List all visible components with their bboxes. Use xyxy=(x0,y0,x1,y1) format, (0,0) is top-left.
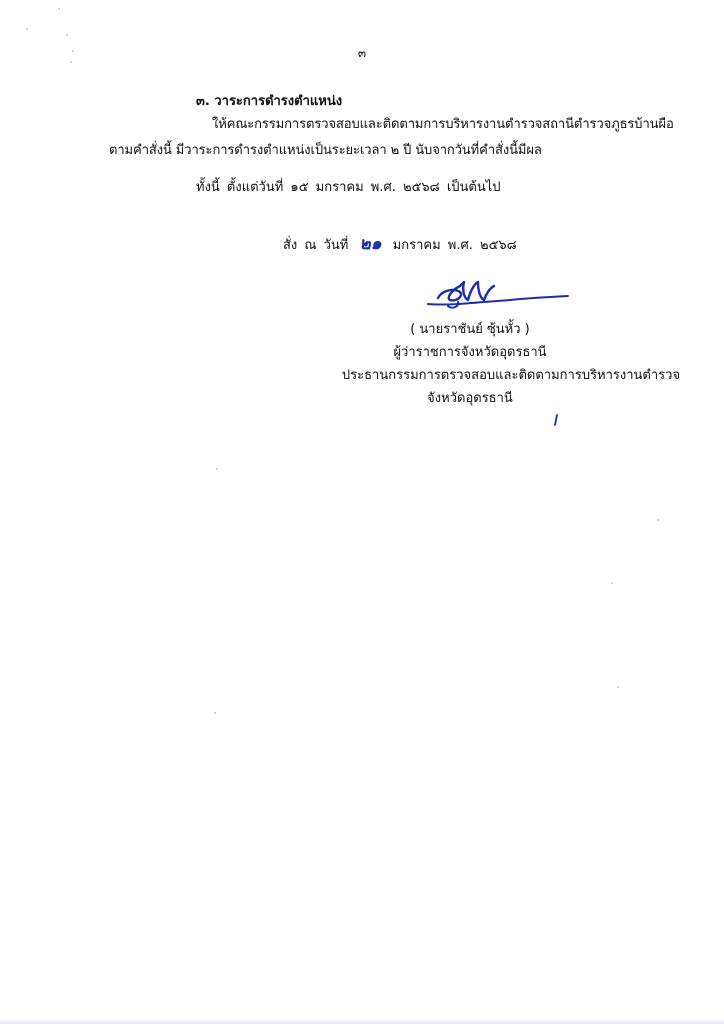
signatory-name: ( นายราชันย์ ซุ้นหั้ว ) xyxy=(0,318,724,339)
signature-icon xyxy=(420,276,570,316)
effective-date-line: ทั้งนี้ ตั้งแต่วันที่ ๑๕ มกราคม พ.ศ. ๒๕๖… xyxy=(196,176,501,197)
paragraph-line-1: ให้คณะกรรมการตรวจสอบและติดตามการบริหารงา… xyxy=(212,113,674,134)
signatory-title-3: จังหวัดอุดรธานี xyxy=(0,387,724,408)
page-number: ๓ xyxy=(0,44,724,63)
order-date-prefix: สั่ง ณ วันที่ xyxy=(283,238,348,253)
order-month-year: มกราคม พ.ศ. ๒๕๖๘ xyxy=(393,238,517,253)
signatory-title-1: ผู้ว่าราชการจังหวัดอุดรธานี xyxy=(0,341,724,362)
handwritten-day: ๒๑ xyxy=(356,234,386,254)
order-date-line: สั่ง ณ วันที่ ๒๑ มกราคม พ.ศ. ๒๕๖๘ xyxy=(283,230,517,257)
section-heading: ๓. วาระการดำรงตำแหน่ง xyxy=(196,90,342,111)
signatory-title-2: ประธานกรรมการตรวจสอบและติดตามการบริหารงา… xyxy=(0,364,724,385)
pen-mark-icon xyxy=(553,414,559,426)
paragraph-line-2: ตามคำสั่งนี้ มีวาระการดำรงตำแหน่งเป็นระย… xyxy=(109,139,542,160)
scan-bottom-edge xyxy=(0,1018,724,1024)
